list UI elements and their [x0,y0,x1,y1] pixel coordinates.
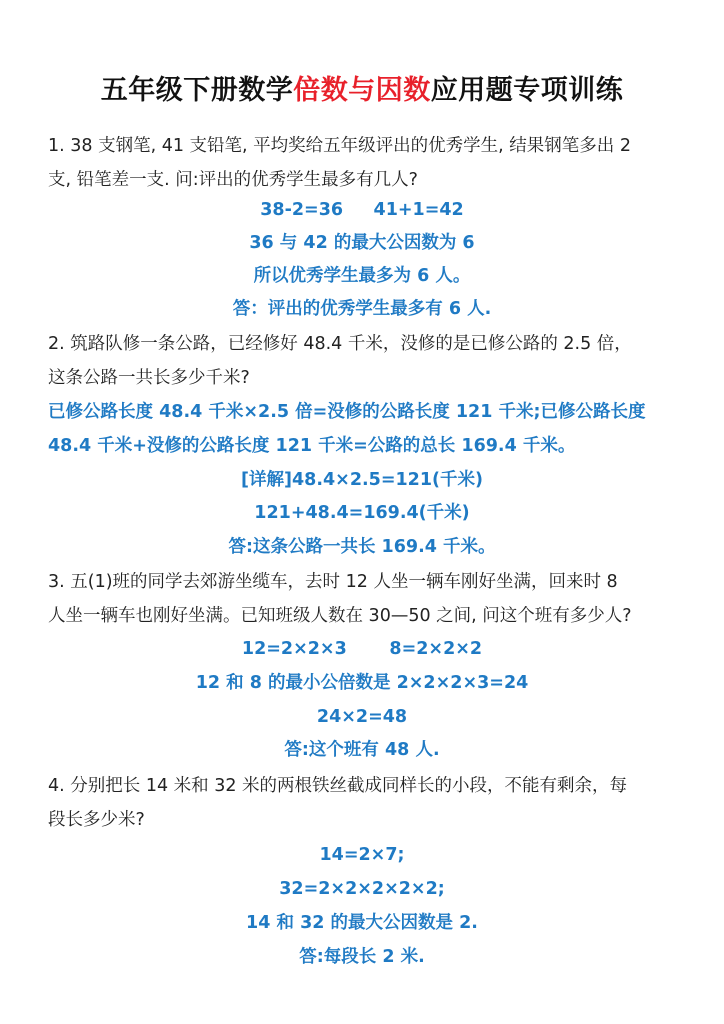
page-title: 五年级下册数学倍数与因数应用题专项训练 [0,68,724,107]
question-line: 2. 筑路队修一条公路，已经修好 48.4 千米，没修的是已修公路的 2.5 倍… [48,327,680,361]
solution-line: [详解]48.4×2.5=121(千米) [0,463,724,497]
solution-line: 121+48.4=169.4(千米) [0,496,724,530]
solution-line: 36 与 42 的最大公因数为 6 [0,226,724,260]
analysis-line: 已修公路长度 48.4 千米×2.5 倍=没修的公路长度 121 千米;已修公路… [48,395,684,429]
question-line: 4. 分别把长 14 米和 32 米的两根铁丝截成同样长的小段，不能有剩余，每 [48,769,680,803]
problem-2-analysis: 已修公路长度 48.4 千米×2.5 倍=没修的公路长度 121 千米;已修公路… [48,395,684,463]
question-line: 支, 铅笔差一支. 问:评出的优秀学生最多有几人? [48,163,680,197]
analysis-line: 48.4 千米+没修的公路长度 121 千米=公路的总长 169.4 千米。 [48,429,684,463]
solution-line: 38-2=36 41+1=42 [0,193,724,227]
problem-3-question: 3. 五(1)班的同学去郊游坐缆车，去时 12 人坐一辆车刚好坐满，回来时 8 … [48,565,680,633]
question-line: 1. 38 支钢笔, 41 支铅笔, 平均奖给五年级评出的优秀学生, 结果钢笔多… [48,129,680,163]
question-line: 段长多少米? [48,803,680,837]
title-prefix: 五年级下册数学 [101,75,294,106]
question-line: 3. 五(1)班的同学去郊游坐缆车，去时 12 人坐一辆车刚好坐满，回来时 8 [48,565,680,599]
solution-line: 14=2×7; [0,838,724,872]
solution-line: 12=2×2×3 8=2×2×2 [0,632,724,666]
solution-line: 32=2×2×2×2×2; [0,872,724,906]
title-suffix: 应用题专项训练 [431,75,624,106]
question-line: 这条公路一共长多少千米? [48,361,680,395]
problem-1-question: 1. 38 支钢笔, 41 支铅笔, 平均奖给五年级评出的优秀学生, 结果钢笔多… [48,129,680,197]
answer-line: 答：评出的优秀学生最多有 6 人. [0,292,724,326]
problem-4-question: 4. 分别把长 14 米和 32 米的两根铁丝截成同样长的小段，不能有剩余，每 … [48,769,680,837]
answer-line: 答:每段长 2 米. [0,940,724,974]
problem-2-question: 2. 筑路队修一条公路，已经修好 48.4 千米，没修的是已修公路的 2.5 倍… [48,327,680,395]
answer-line: 答:这条公路一共长 169.4 千米。 [0,530,724,564]
title-highlight: 倍数与因数 [293,75,431,106]
solution-line: 12 和 8 的最小公倍数是 2×2×2×3=24 [0,666,724,700]
solution-line: 14 和 32 的最大公因数是 2. [0,906,724,940]
solution-line: 24×2=48 [0,700,724,734]
answer-line: 答:这个班有 48 人. [0,733,724,767]
solution-line: 所以优秀学生最多为 6 人。 [0,259,724,293]
question-line: 人坐一辆车也刚好坐满。已知班级人数在 30—50 之间, 问这个班有多少人? [48,599,680,633]
